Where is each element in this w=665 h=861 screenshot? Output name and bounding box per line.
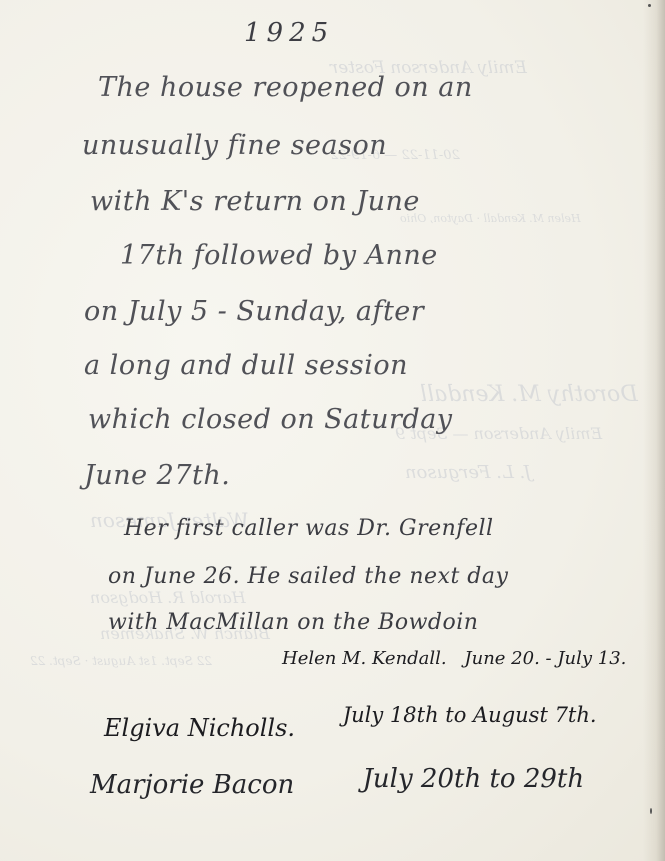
year-heading: 1925 [244, 18, 334, 48]
note-line: on June 26. He sailed the next day [108, 564, 508, 589]
signature-dates: July 18th to August 7th. [343, 703, 597, 727]
signature-name: Helen M. Kendall. [282, 648, 447, 669]
bleed-through-line: J. L. Ferguson [405, 462, 531, 483]
ink-speck [650, 808, 652, 814]
signature-entry: Marjorie Bacon July 20th to 29th [90, 770, 584, 800]
narrative-line: unusually fine season [82, 130, 387, 161]
narrative-line: with K's return on June [90, 186, 420, 217]
note-line: with MacMillan on the Bowdoin [108, 610, 478, 635]
page-gutter-shadow [643, 0, 665, 861]
narrative-line: which closed on Saturday [88, 404, 453, 435]
guestbook-page: Emily Anderson Foster 20-11-22 — 6-19-22… [0, 0, 665, 861]
narrative-line: on July 5 - Sunday, after [84, 296, 424, 327]
signature-dates: July 20th to 29th [363, 764, 585, 794]
signature-name: Marjorie Bacon [90, 770, 294, 800]
narrative-line: June 27th. [84, 460, 230, 491]
ink-speck [648, 4, 651, 7]
signature-name: Elgiva Nicholls. [104, 714, 295, 742]
bleed-through-line: Helen M. Kendall · Dayton, Ohio [400, 212, 581, 225]
signature-entry: Elgiva Nicholls. July 18th to August 7th… [104, 714, 597, 742]
narrative-line: 17th followed by Anne [120, 240, 438, 271]
bleed-through-line: Harold R. Hodgson [90, 588, 246, 607]
narrative-line: The house reopened on an [98, 72, 473, 103]
signature-entry: Helen M. Kendall. June 20. - July 13. [282, 648, 626, 669]
narrative-line: a long and dull session [84, 350, 408, 381]
note-line: Her first caller was Dr. Grenfell [124, 516, 494, 541]
signature-dates: June 20. - July 13. [464, 648, 626, 669]
bleed-through-line: 22 Sept. 1st August · Sept. 22 [30, 654, 212, 668]
